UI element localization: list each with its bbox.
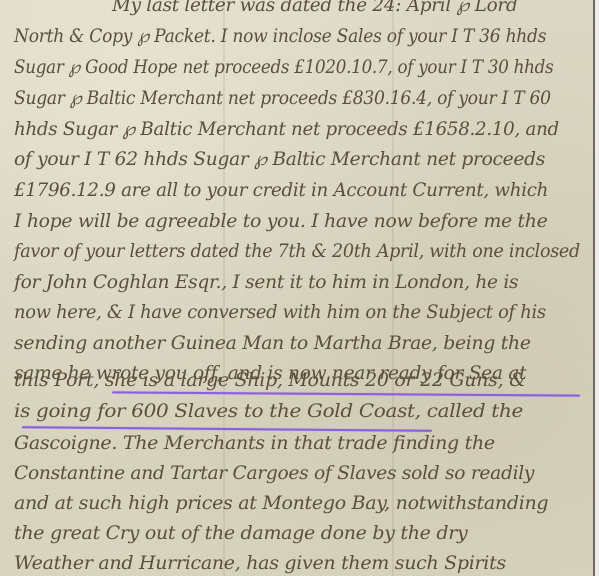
letter-line: this Port, she is a large Ship, Mounts 2… [14, 369, 526, 391]
letter-line: now here, & I have conversed with him on… [14, 301, 546, 323]
letter-line: I hope will be agreeable to you. I have … [14, 210, 547, 232]
letter-line: My last letter was dated the 24: April ℘… [112, 0, 517, 16]
highlight-underline-2 [22, 426, 432, 432]
letter-line: for John Coghlan Esqr., I sent it to him… [14, 271, 518, 293]
highlight-underline-1 [112, 391, 580, 396]
letter-line: Sugar ℘ Baltic Merchant net proceeds £83… [14, 87, 551, 109]
letter-line: favor of your letters dated the 7th & 20… [14, 240, 580, 262]
letter-line: is going for 600 Slaves to the Gold Coas… [14, 400, 523, 422]
letter-line: Weather and Hurricane, has given them su… [14, 552, 506, 574]
letter-line: North & Copy ℘ Packet. I now inclose Sal… [14, 25, 546, 47]
letter-line: hhds Sugar ℘ Baltic Merchant net proceed… [14, 118, 559, 140]
letter-line: Sugar ℘ Good Hope net proceeds £1020.10.… [14, 56, 553, 78]
letter-line: and at such high prices at Montego Bay, … [14, 492, 548, 514]
letter-line: Constantine and Tartar Cargoes of Slaves… [14, 462, 534, 484]
letter-line: the great Cry out of the damage done by … [14, 522, 467, 544]
letter-line: Gascoigne. The Merchants in that trade f… [14, 432, 495, 454]
letter-line: £1796.12.9 are all to your credit in Acc… [14, 179, 548, 201]
page-edge-margin [595, 0, 599, 576]
letter-line: of your I T 62 hhds Sugar ℘ Baltic Merch… [14, 148, 545, 170]
letter-page: My last letter was dated the 24: April ℘… [0, 0, 599, 576]
letter-line: sending another Guinea Man to Martha Bra… [14, 332, 531, 354]
